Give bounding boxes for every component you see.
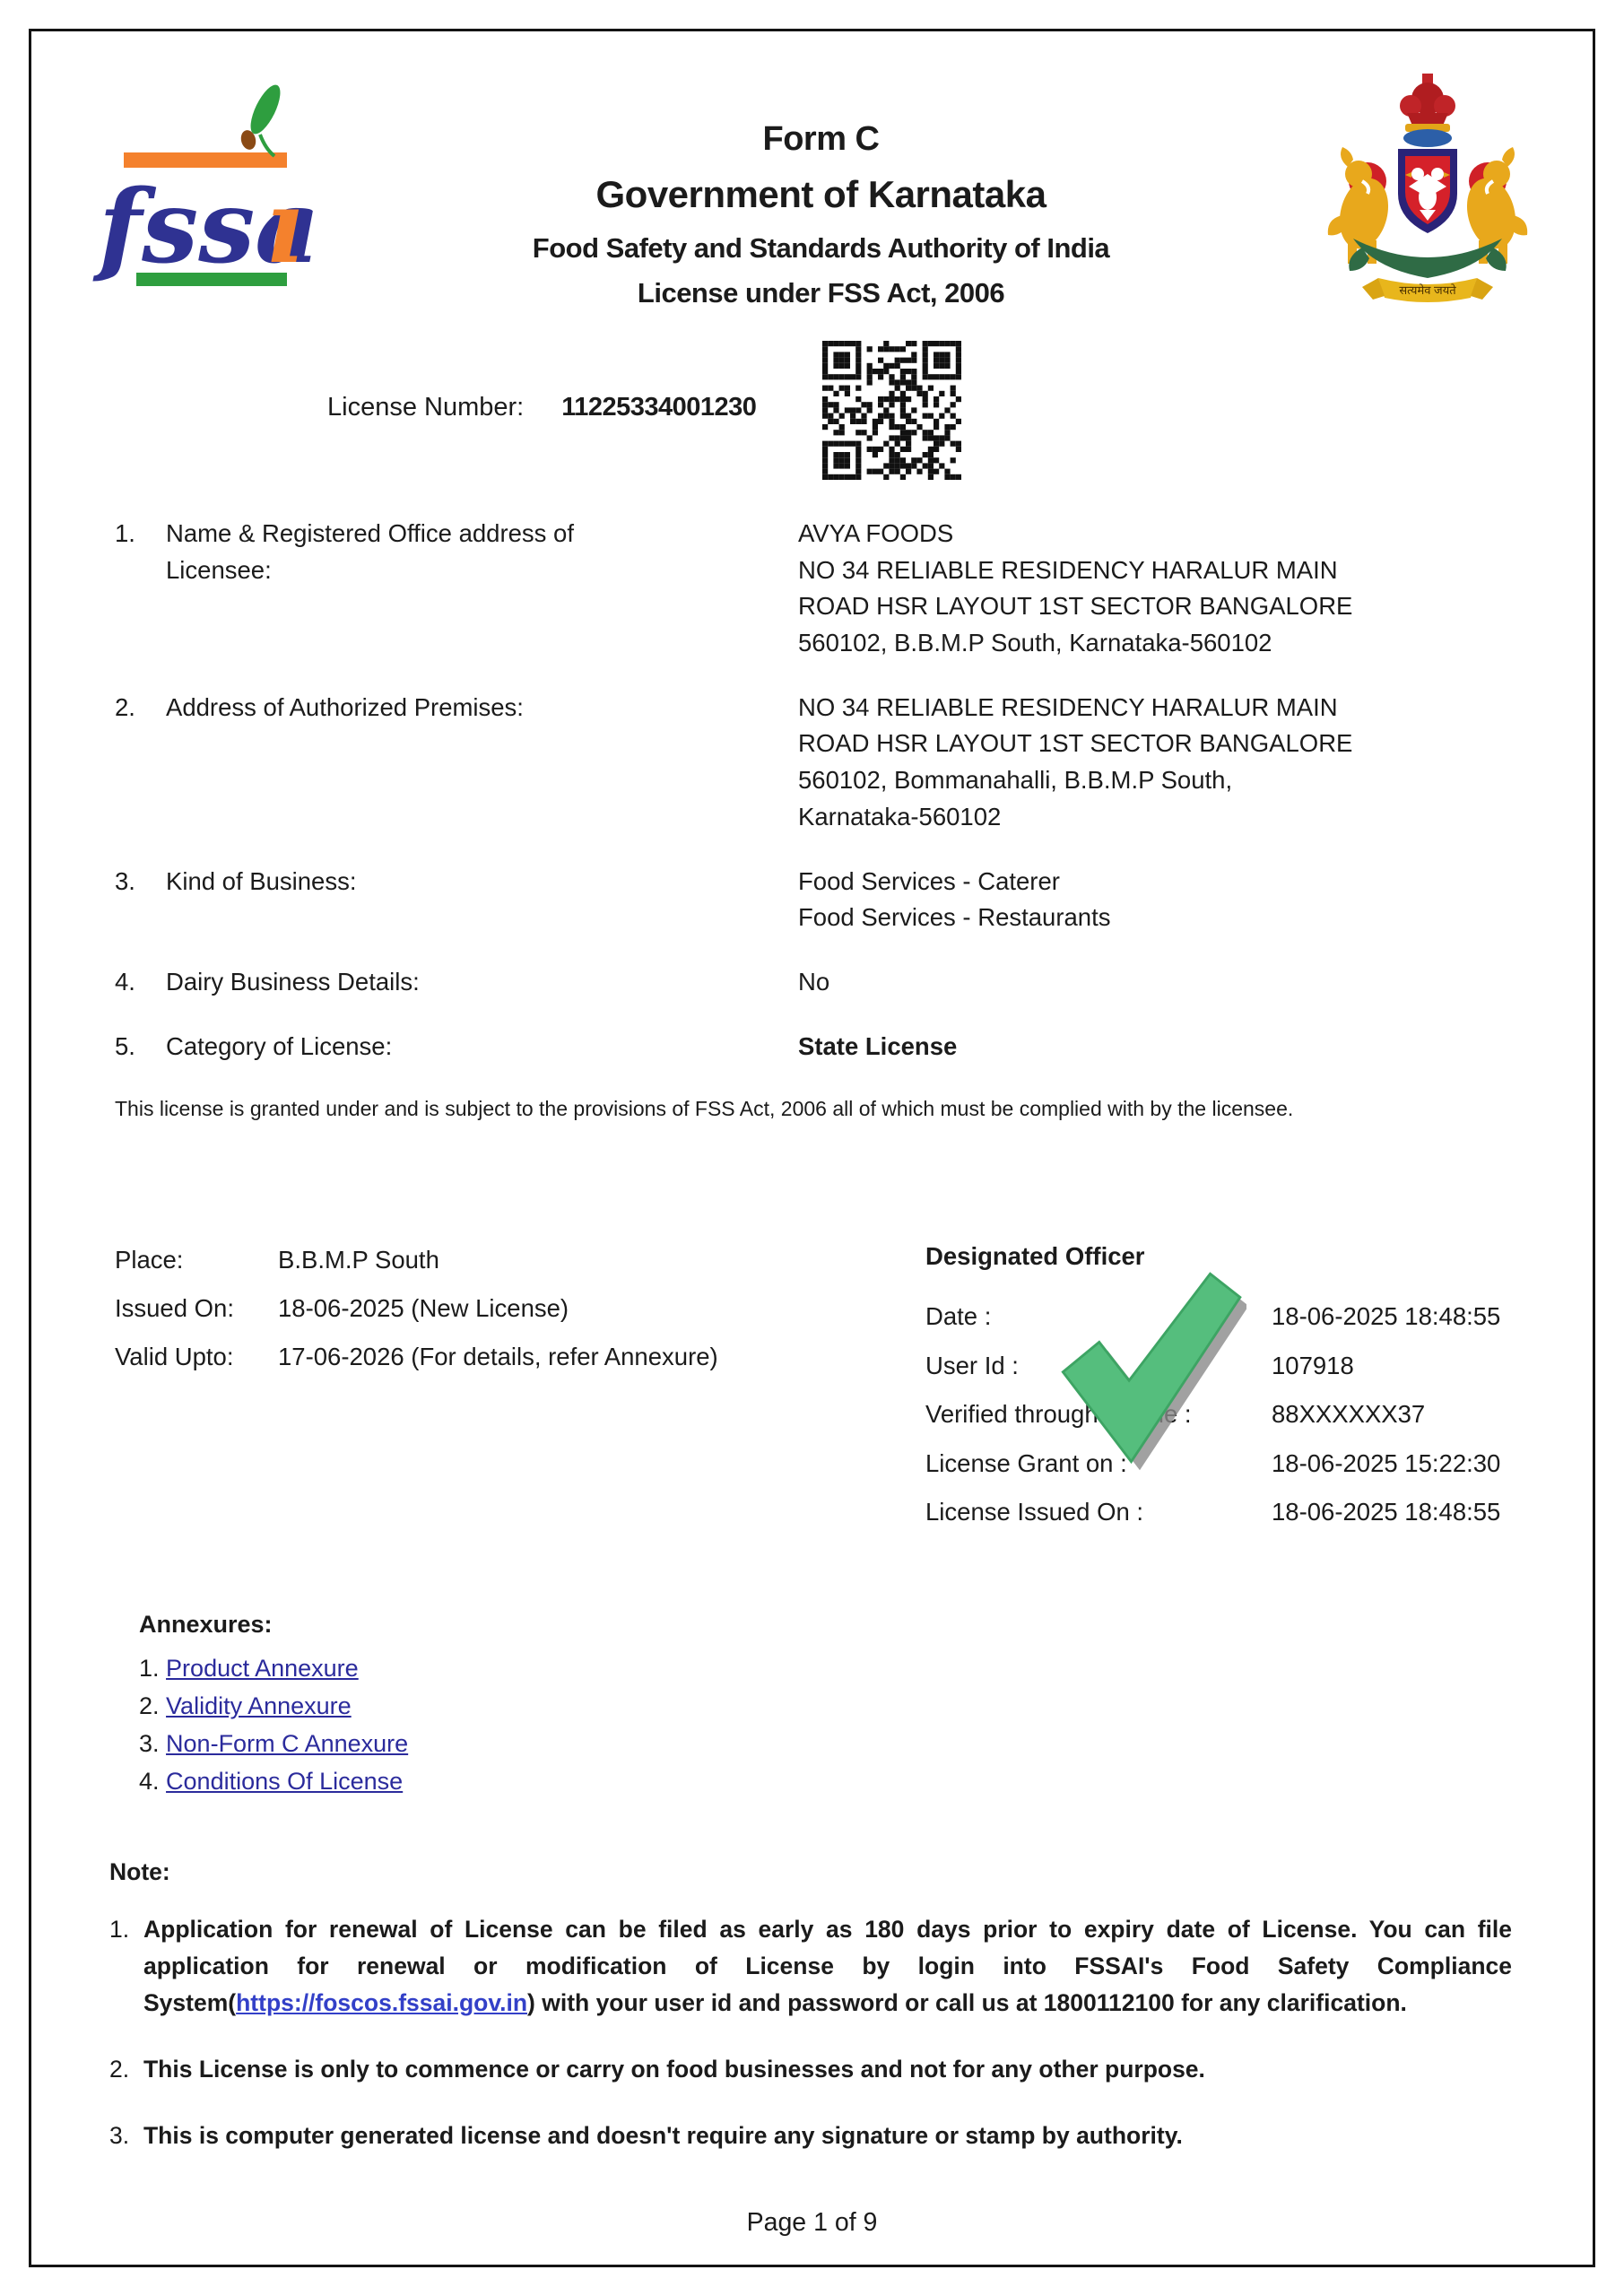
annexure-item: 4. Conditions Of License: [139, 1762, 408, 1800]
field-kind-of-business: 3. Kind of Business: Food Services - Cat…: [115, 864, 1498, 936]
note-title: Note:: [109, 1858, 1512, 1886]
valid-upto-row: Valid Upto: 17-06-2026 (For details, ref…: [115, 1339, 718, 1375]
validity-annexure-link[interactable]: Validity Annexure: [166, 1692, 352, 1719]
officer-date-row: Date : 18-06-2025 18:48:55: [925, 1300, 1517, 1335]
note-1-text: Application for renewal of License can b…: [143, 1911, 1512, 2022]
field-number: 5.: [115, 1029, 166, 1065]
field-licensee-name-address: 1. Name & Registered Office address of L…: [115, 516, 1498, 662]
field-label: Kind of Business:: [166, 864, 798, 936]
field-number: 1.: [115, 516, 166, 662]
fssai-leaf-icon: [239, 81, 286, 156]
designated-officer-section: Designated Officer Date : 18-06-2025 18:…: [925, 1242, 1517, 1544]
officer-userid-row: User Id : 107918: [925, 1349, 1517, 1384]
issue-details: Place: B.B.M.P South Issued On: 18-06-20…: [115, 1242, 718, 1387]
form-title: Form C: [321, 120, 1321, 159]
grant-statement: This license is granted under and is sub…: [115, 1092, 1370, 1126]
karnataka-emblem-icon: सत्यमेव जयते: [1321, 63, 1534, 314]
place-value: B.B.M.P South: [278, 1242, 439, 1278]
license-fields: 1. Name & Registered Office address of L…: [115, 516, 1498, 1092]
annexure-item: 2. Validity Annexure: [139, 1687, 408, 1725]
note-item-2: 2. This License is only to commence or c…: [109, 2051, 1512, 2088]
place-row: Place: B.B.M.P South: [115, 1242, 718, 1278]
fssai-logo-icon: fssa ı: [90, 63, 321, 314]
designated-officer-title: Designated Officer: [925, 1242, 1517, 1271]
page-number: Page 1 of 9: [0, 2208, 1624, 2238]
note-section: Note: 1. Application for renewal of Lice…: [109, 1858, 1512, 2184]
field-label: Dairy Business Details:: [166, 964, 798, 1001]
license-number-row: License Number:11225334001230: [327, 393, 756, 422]
product-annexure-link[interactable]: Product Annexure: [166, 1655, 359, 1682]
act-title: License under FSS Act, 2006: [321, 277, 1321, 309]
field-value: NO 34 RELIABLE RESIDENCY HARALUR MAIN RO…: [798, 690, 1498, 836]
note-item-3: 3. This is computer generated license an…: [109, 2118, 1512, 2154]
field-license-category: 5. Category of License: State License: [115, 1029, 1498, 1065]
conditions-of-license-link[interactable]: Conditions Of License: [166, 1768, 403, 1795]
svg-text:ı: ı: [265, 169, 304, 286]
annexure-item: 3. Non-Form C Annexure: [139, 1725, 408, 1762]
field-value: No: [798, 964, 1498, 1001]
license-grant-on-row: License Grant on : 18-06-2025 15:22:30: [925, 1447, 1517, 1482]
field-value: AVYA FOODS NO 34 RELIABLE RESIDENCY HARA…: [798, 516, 1498, 662]
license-issued-on-row: License Issued On : 18-06-2025 18:48:55: [925, 1495, 1517, 1530]
annexure-item: 1. Product Annexure: [139, 1649, 408, 1687]
note-item-1: 1. Application for renewal of License ca…: [109, 1911, 1512, 2022]
foscos-link[interactable]: https://foscos.fssai.gov.in: [236, 1989, 527, 2016]
license-number-label: License Number:: [327, 393, 524, 422]
field-dairy-business: 4. Dairy Business Details: No: [115, 964, 1498, 1001]
authority-title: Food Safety and Standards Authority of I…: [321, 232, 1321, 265]
annexures-section: Annexures: 1. Product Annexure 2. Validi…: [139, 1611, 408, 1800]
place-label: Place:: [115, 1242, 278, 1278]
field-number: 3.: [115, 864, 166, 936]
government-title: Government of Karnataka: [321, 173, 1321, 216]
license-number-value: 11225334001230: [561, 393, 756, 422]
document-header: fssa ı Form C Government of Karnataka Fo…: [90, 63, 1534, 314]
note-3-text: This is computer generated license and d…: [143, 2118, 1512, 2154]
field-value: State License: [798, 1029, 1498, 1065]
non-form-c-annexure-link[interactable]: Non-Form C Annexure: [166, 1730, 408, 1757]
field-number: 4.: [115, 964, 166, 1001]
emblem-motto: सत्यमेव जयते: [1399, 283, 1456, 297]
issued-on-row: Issued On: 18-06-2025 (New License): [115, 1291, 718, 1326]
valid-upto-label: Valid Upto:: [115, 1339, 278, 1375]
license-document-page: fssa ı Form C Government of Karnataka Fo…: [0, 0, 1624, 2296]
field-value: Food Services - Caterer Food Services - …: [798, 864, 1498, 936]
valid-upto-value: 17-06-2026 (For details, refer Annexure): [278, 1339, 718, 1375]
field-number: 2.: [115, 690, 166, 836]
field-label: Address of Authorized Premises:: [166, 690, 798, 836]
annexures-title: Annexures:: [139, 1611, 408, 1639]
issued-on-label: Issued On:: [115, 1291, 278, 1326]
field-label: Category of License:: [166, 1029, 798, 1065]
issued-on-value: 18-06-2025 (New License): [278, 1291, 569, 1326]
officer-verified-mobile-row: Verified through Mobile : 88XXXXXX37: [925, 1397, 1517, 1432]
field-label: Name & Registered Office address of Lice…: [166, 516, 798, 662]
note-2-text: This License is only to commence or carr…: [143, 2051, 1512, 2088]
header-titles: Form C Government of Karnataka Food Safe…: [321, 63, 1321, 314]
qr-code: [822, 341, 961, 480]
field-authorized-premises: 2. Address of Authorized Premises: NO 34…: [115, 690, 1498, 836]
